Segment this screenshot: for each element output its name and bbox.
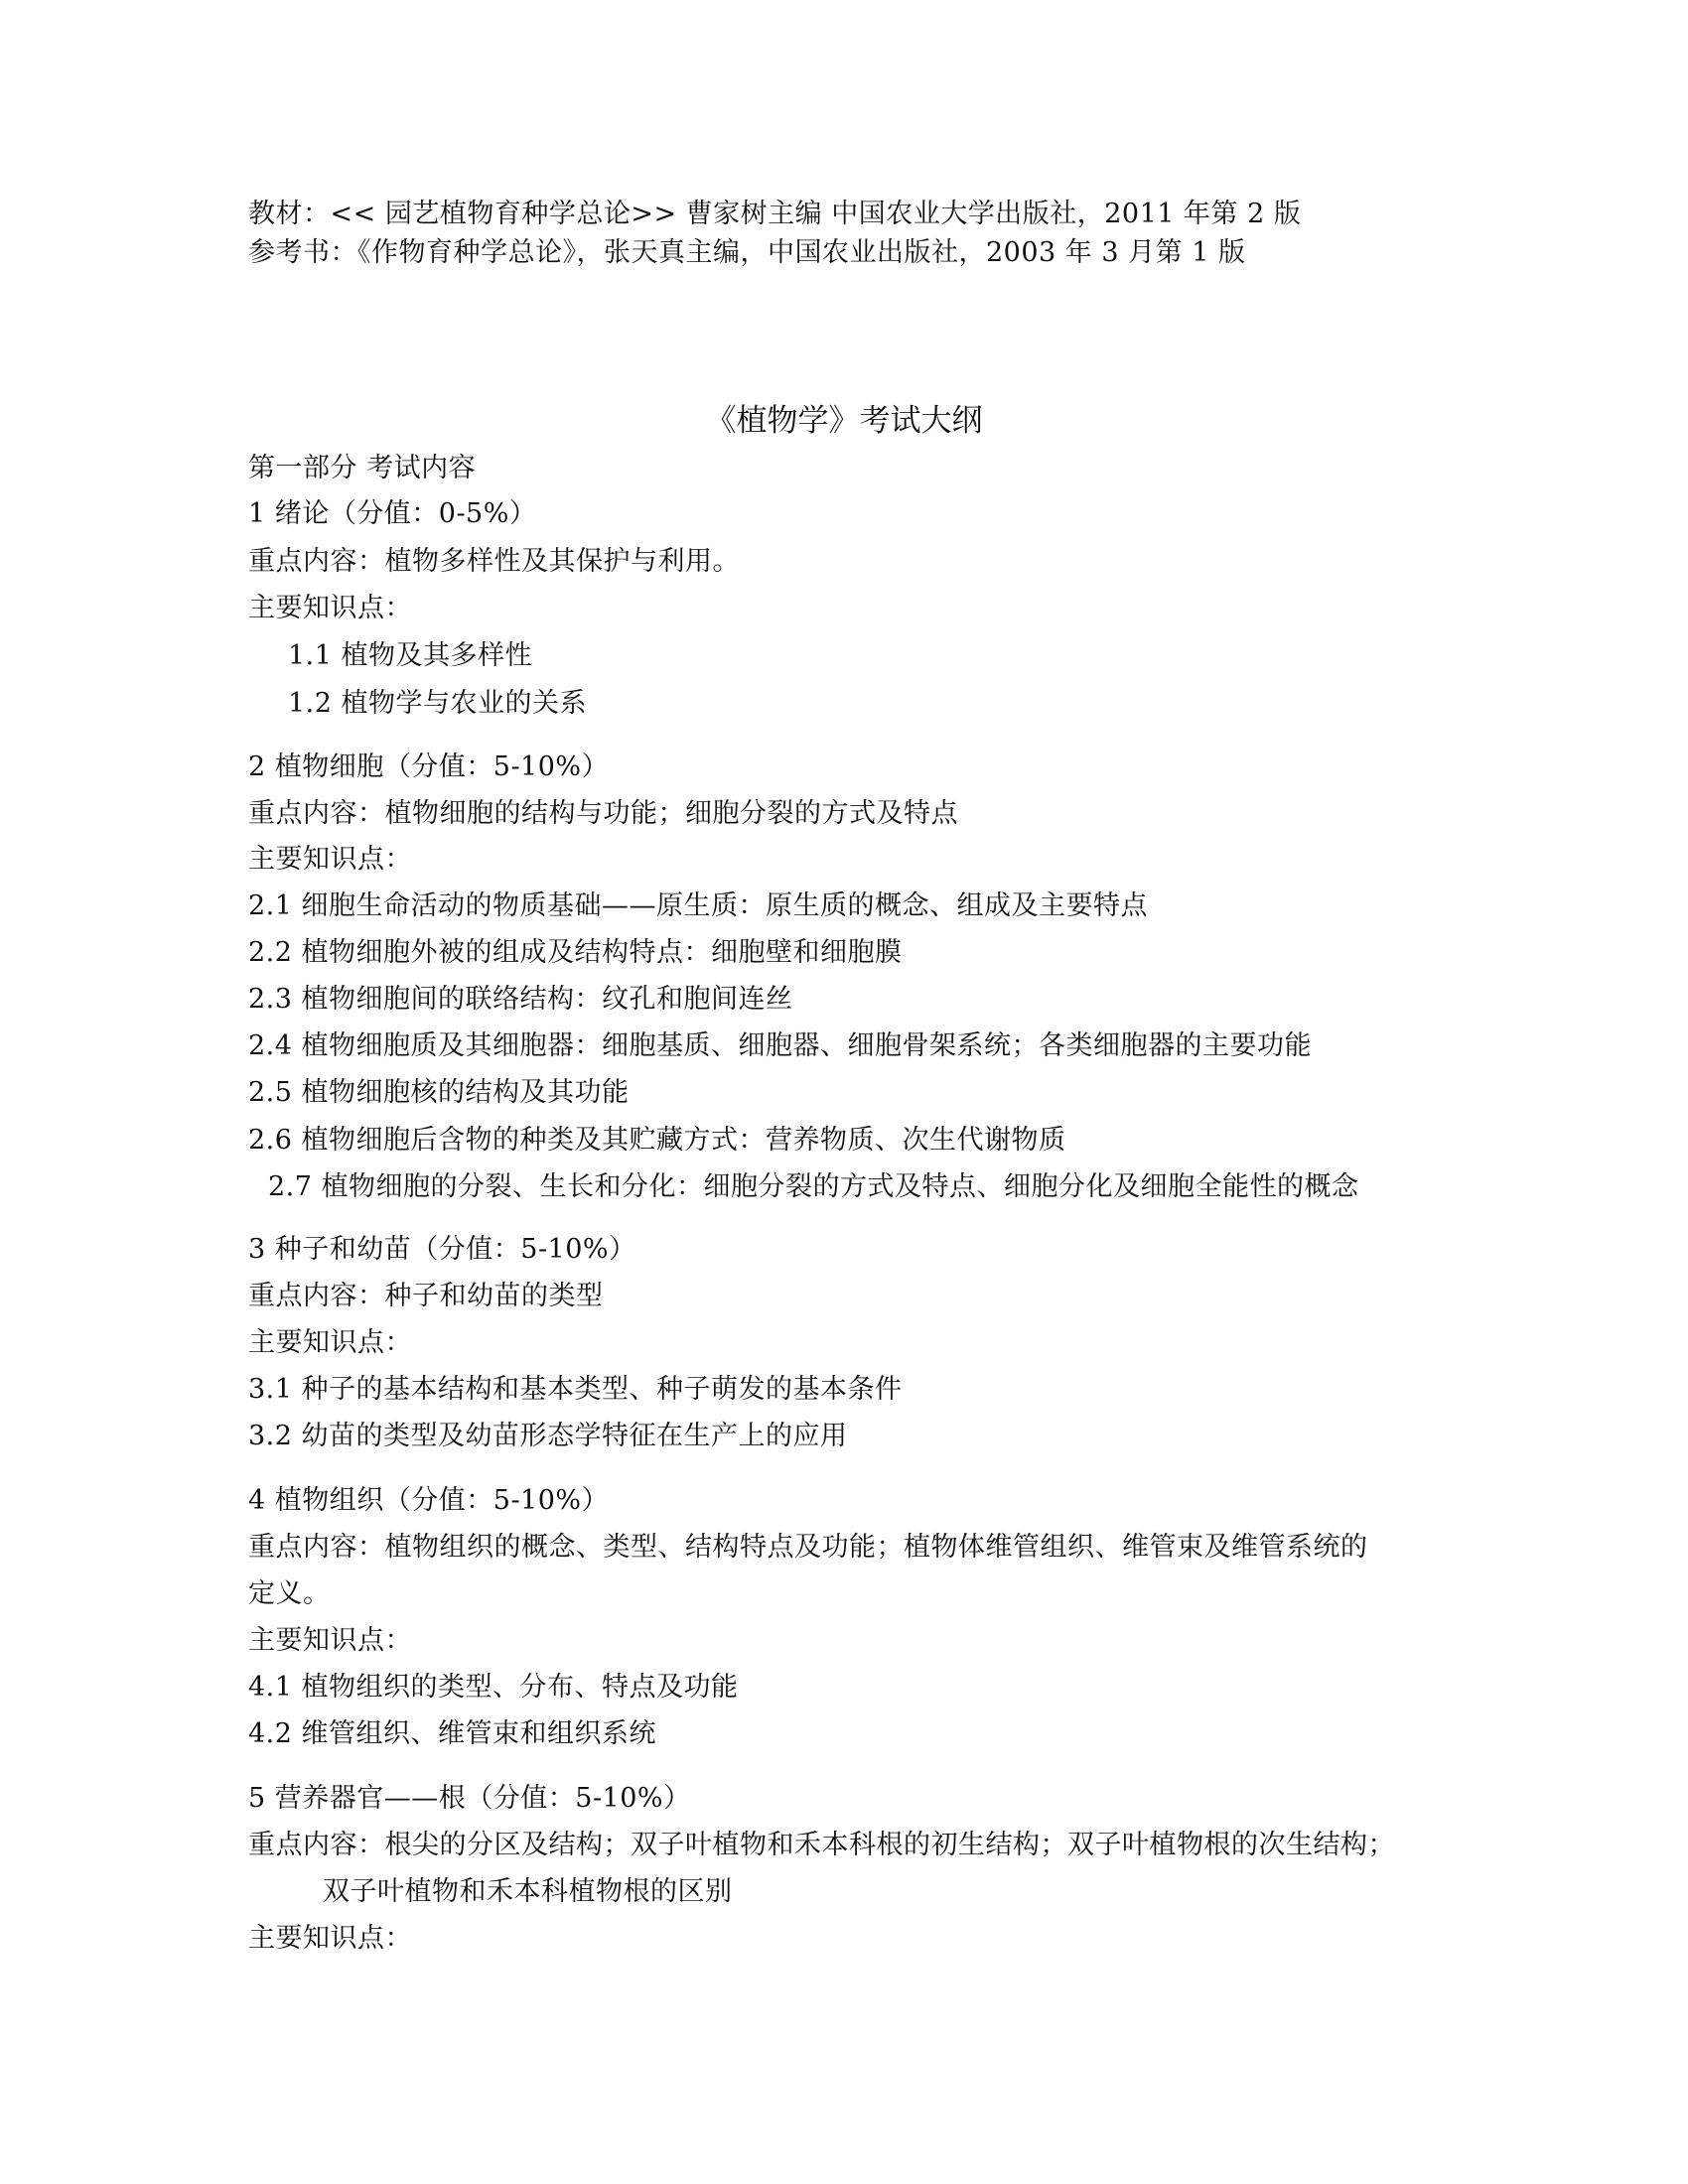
part-heading: 第一部分 考试内容	[248, 452, 476, 485]
section-heading: 2 植物细胞（分值：5-10%）	[248, 751, 609, 784]
key-content: 重点内容：植物组织的概念、类型、结构特点及功能；植物体维管组织、维管束及维管系统…	[248, 1531, 1368, 1565]
knowledge-point: 3.1 种子的基本结构和基本类型、种子萌发的基本条件	[248, 1373, 903, 1407]
section-heading: 3 种子和幼苗（分值：5-10%）	[248, 1233, 636, 1267]
knowledge-point: 2.2 植物细胞外被的组成及结构特点：细胞壁和细胞膜	[248, 936, 903, 970]
knowledge-point: 2.7 植物细胞的分裂、生长和分化：细胞分裂的方式及特点、细胞分化及细胞全能性的…	[268, 1170, 1359, 1204]
section-heading: 4 植物组织（分值：5-10%）	[248, 1484, 609, 1518]
knowledge-point: 4.2 维管组织、维管束和组织系统	[248, 1717, 656, 1751]
knowledge-point: 3.2 幼苗的类型及幼苗形态学特征在生产上的应用	[248, 1420, 848, 1453]
textbook-reference: 教材：<< 园艺植物育种学总论>> 曹家树主编 中国农业大学出版社，2011 年…	[248, 198, 1301, 231]
key-content: 重点内容：种子和幼苗的类型	[248, 1280, 604, 1313]
section-heading: 1 绪论（分值：0-5%）	[248, 497, 536, 531]
key-content-continuation: 定义。	[248, 1577, 331, 1611]
knowledge-point: 2.4 植物细胞质及其细胞器：细胞基质、细胞器、细胞骨架系统；各类细胞器的主要功…	[248, 1029, 1312, 1063]
document-title: 《植物学》考试大纲	[0, 402, 1688, 440]
reference-book: 参考书：《作物育种学总论》，张天真主编，中国农业出版社，2003 年 3 月第 …	[248, 236, 1245, 270]
section-heading: 5 营养器官——根（分值：5-10%）	[248, 1782, 691, 1816]
knowledge-label: 主要知识点：	[248, 1326, 412, 1360]
document-page: 教材：<< 园艺植物育种学总论>> 曹家树主编 中国农业大学出版社，2011 年…	[0, 0, 1688, 2184]
knowledge-label: 主要知识点：	[248, 1624, 412, 1658]
knowledge-point: 2.1 细胞生命活动的物质基础——原生质：原生质的概念、组成及主要特点	[248, 889, 1148, 923]
knowledge-point: 2.5 植物细胞核的结构及其功能	[248, 1076, 630, 1110]
key-content: 重点内容：植物多样性及其保护与利用。	[248, 545, 740, 579]
knowledge-point: 2.3 植物细胞间的联络结构：纹孔和胞间连丝	[248, 983, 793, 1017]
key-content-continuation: 双子叶植物和禾本科植物根的区别	[323, 1875, 733, 1909]
knowledge-point: 2.6 植物细胞后含物的种类及其贮藏方式：营养物质、次生代谢物质	[248, 1124, 1066, 1158]
key-content: 重点内容：植物细胞的结构与功能；细胞分裂的方式及特点	[248, 797, 958, 831]
knowledge-point: 1.2 植物学与农业的关系	[288, 687, 587, 721]
knowledge-label: 主要知识点：	[248, 843, 412, 877]
key-content: 重点内容：根尖的分区及结构；双子叶植物和禾本科根的初生结构；双子叶植物根的次生结…	[248, 1829, 1395, 1862]
knowledge-label: 主要知识点：	[248, 1922, 412, 1956]
knowledge-point: 4.1 植物组织的类型、分布、特点及功能	[248, 1671, 739, 1705]
knowledge-label: 主要知识点：	[248, 592, 412, 625]
knowledge-point: 1.1 植物及其多样性	[288, 639, 532, 673]
